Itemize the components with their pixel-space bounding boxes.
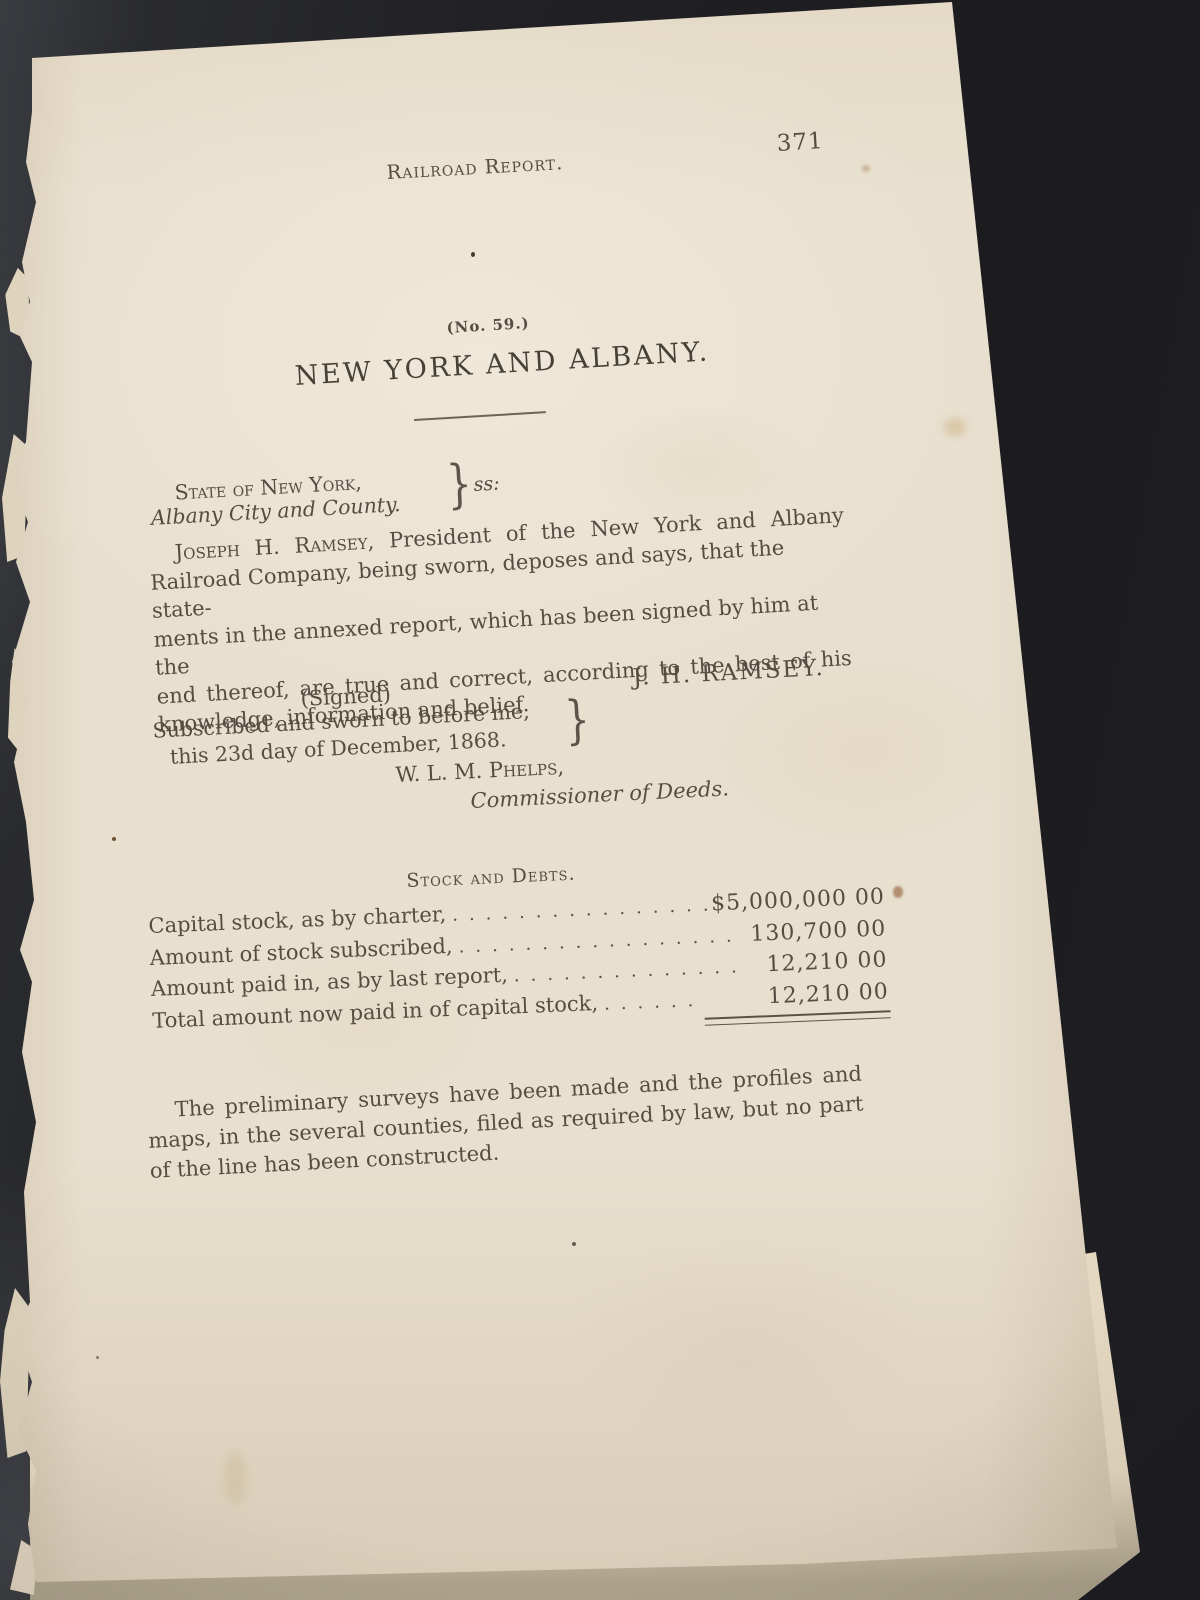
fox-stain	[862, 165, 870, 172]
notary-name: W. L. M. Phelps,	[395, 755, 565, 787]
leader-dots: ...................	[452, 894, 712, 925]
attest-brace: }	[563, 690, 591, 751]
stock-table: Capital stock, as by charter,...........…	[148, 884, 889, 1039]
fox-stain	[944, 418, 966, 436]
venue-brace: }	[445, 454, 473, 515]
ink-speck	[471, 252, 475, 257]
row-label: Capital stock, as by charter,	[148, 902, 447, 938]
report-number: (No. 59.)	[446, 314, 530, 337]
running-header: Railroad Report.	[386, 151, 564, 184]
ink-speck	[112, 837, 116, 841]
row-amount: 12,210 00	[766, 947, 888, 977]
title-rule	[414, 411, 546, 421]
fox-stain	[893, 886, 903, 898]
page-number: 371	[776, 128, 824, 157]
row-amount: 12,210 00	[767, 979, 889, 1009]
paper-smudge	[224, 1452, 246, 1504]
page-title: NEW YORK AND ALBANY.	[294, 336, 710, 392]
ink-speck	[572, 1242, 576, 1246]
ss-abbreviation: ss:	[473, 472, 500, 495]
section-heading: Stock and Debts.	[406, 863, 576, 892]
closing-paragraph: The preliminary surveys have been made a…	[146, 1059, 866, 1186]
photo-scene: 371 Railroad Report. (No. 59.) NEW YORK …	[0, 0, 1200, 1600]
document-page: 371 Railroad Report. (No. 59.) NEW YORK …	[0, 0, 1200, 1600]
row-amount: 130,700 00	[750, 916, 887, 946]
row-amount: $5,000,000 00	[711, 884, 886, 916]
ink-speck	[96, 1356, 99, 1359]
leader-dots: ......	[604, 989, 705, 1014]
notary-title: Commissioner of Deeds.	[470, 776, 729, 813]
leader-dots: ..............	[513, 956, 748, 986]
